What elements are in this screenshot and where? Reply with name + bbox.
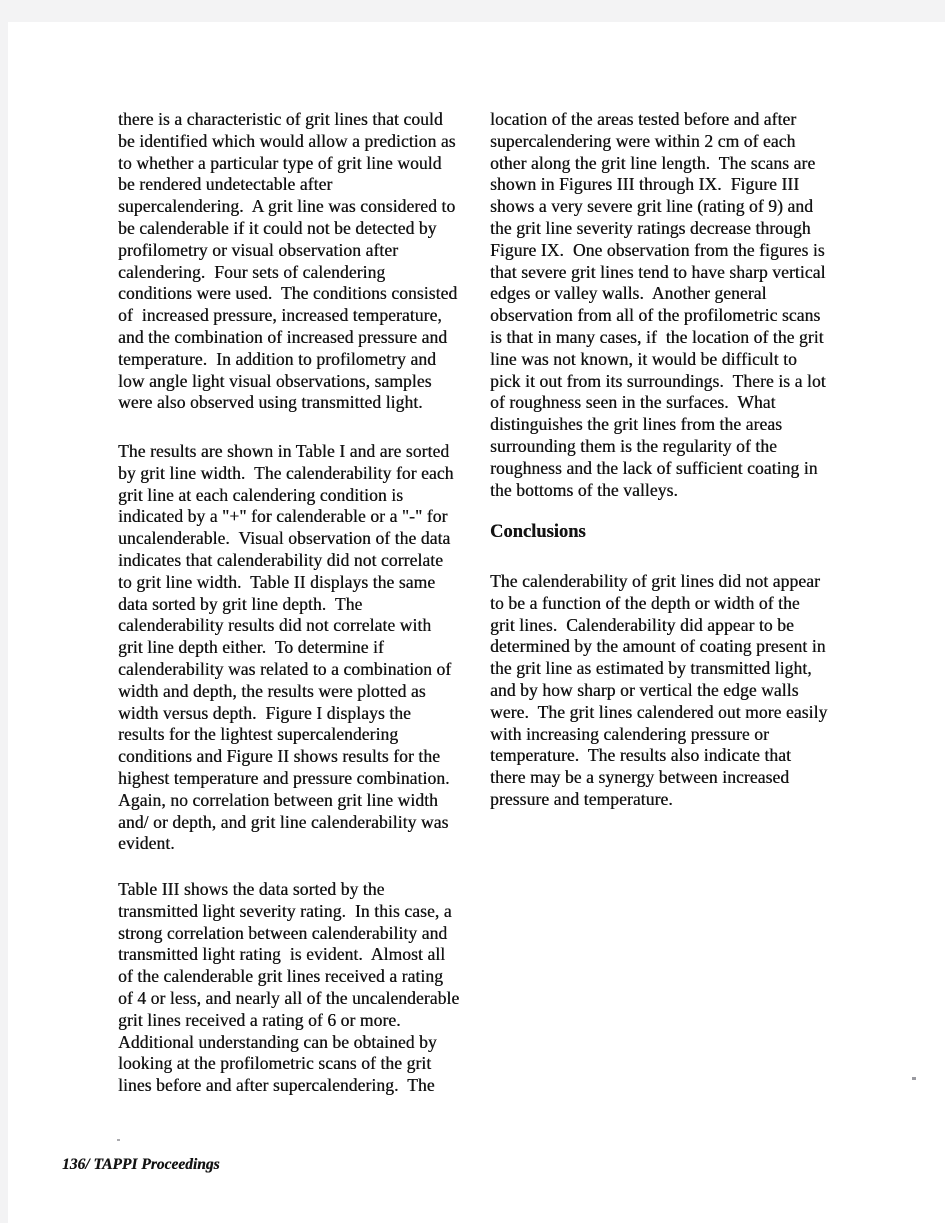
scan-speck xyxy=(912,1077,916,1080)
left-column-paragraph-2: The results are shown in Table I and are… xyxy=(118,441,490,855)
scan-edge-top xyxy=(0,0,945,22)
right-column-paragraph: location of the areas tested before and … xyxy=(490,109,862,501)
page-footer: 136/ TAPPI Proceedings xyxy=(62,1155,220,1174)
conclusions-heading: Conclusions xyxy=(490,522,586,544)
document-page: there is a characteristic of grit lines … xyxy=(0,0,945,1223)
scan-speck xyxy=(117,1139,120,1141)
scan-edge-left xyxy=(0,0,8,1223)
left-column-paragraph-3: Table III shows the data sorted by the t… xyxy=(118,879,490,1097)
conclusions-paragraph: The calenderability of grit lines did no… xyxy=(490,571,862,811)
left-column-paragraph-1: there is a characteristic of grit lines … xyxy=(118,109,490,414)
